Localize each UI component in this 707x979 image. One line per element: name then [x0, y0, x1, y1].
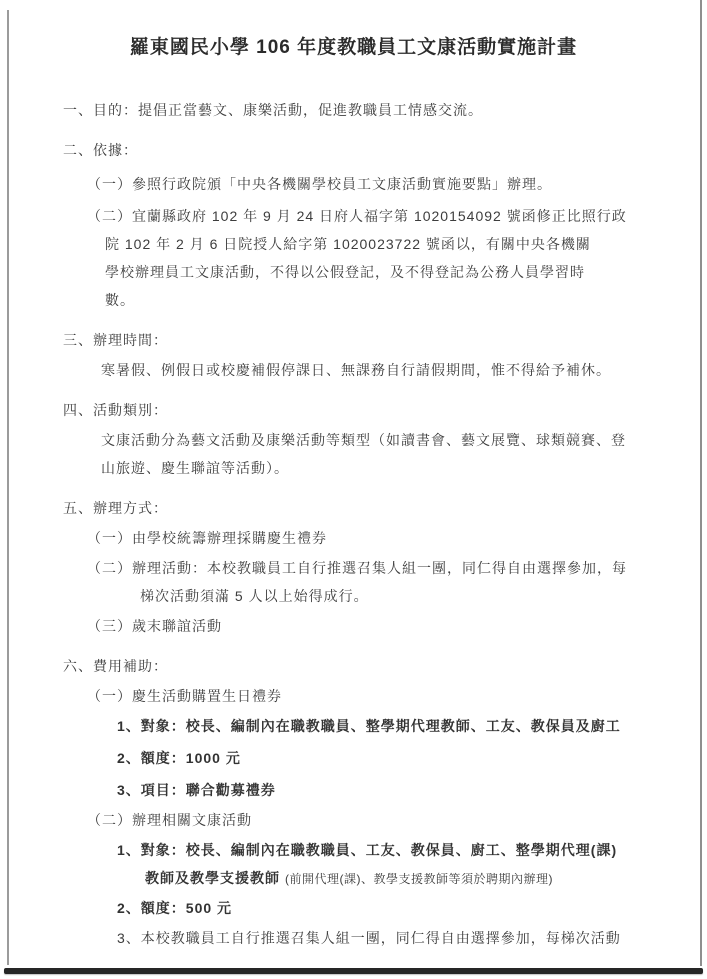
subsidy-2-target-note: (前開代理(課)、教學支援教師等須於聘期內辦理) — [285, 872, 553, 886]
basis-item-2-cont-3: 數。 — [0, 286, 707, 314]
method-item-1: （一）由學校統籌辦理採購慶生禮券 — [0, 524, 707, 552]
basis-heading: 二、依據： — [0, 136, 707, 164]
subsidy-heading: 六、費用補助： — [0, 652, 707, 680]
document-title: 羅東國民小學 106 年度教職員工文康活動實施計畫 — [0, 36, 707, 60]
basis-item-2-cont-2: 學校辦理員工文康活動，不得以公假登記，及不得登記為公務人員學習時 — [0, 258, 707, 286]
basis-item-2-cont-1: 院 102 年 2 月 6 日院授人給字第 1020023722 號函以，有關中… — [0, 230, 707, 258]
category-body-2: 山旅遊、慶生聯誼等活動）。 — [0, 454, 707, 482]
schedule-heading: 三、辦理時間： — [0, 326, 707, 354]
subsidy-2-target-cont: 教師及教學支援教師(前開代理(課)、教學支援教師等須於聘期內辦理) — [0, 864, 707, 892]
method-item-2: （二）辦理活動：本校教職員工自行推選召集人組一團，同仁得自由選擇參加，每 — [0, 554, 707, 582]
subsidy-1-type: 3、項目：聯合勸募禮券 — [0, 776, 707, 804]
subsidy-2-target-cont-text: 教師及教學支援教師 — [145, 870, 280, 886]
method-item-2-cont: 梯次活動須滿 5 人以上始得成行。 — [0, 582, 707, 610]
category-heading: 四、活動類別： — [0, 396, 707, 424]
subsidy-2-target: 1、對象：校長、編制內在職教職員、工友、教保員、廚工、整學期代理(課) — [0, 836, 707, 864]
subsidy-item-1: （一）慶生活動購置生日禮券 — [0, 682, 707, 710]
method-heading: 五、辦理方式： — [0, 494, 707, 522]
page-left-edge — [7, 10, 9, 965]
subsidy-2-note: 3、本校教職員工自行推選召集人組一團，同仁得自由選擇參加，每梯次活動 — [0, 924, 707, 952]
category-body-1: 文康活動分為藝文活動及康樂活動等類型（如讀書會、藝文展覽、球類競賽、登 — [0, 426, 707, 454]
subsidy-2-amount: 2、額度：500 元 — [0, 894, 707, 922]
subsidy-1-target: 1、對象：校長、編制內在職教職員、整學期代理教師、工友、教保員及廚工 — [0, 712, 707, 740]
basis-item-1: （一）參照行政院頒「中央各機關學校員工文康活動實施要點」辦理。 — [0, 170, 707, 198]
subsidy-1-amount: 2、額度：1000 元 — [0, 744, 707, 772]
schedule-body: 寒暑假、例假日或校慶補假停課日、無課務自行請假期間，惟不得給予補休。 — [0, 356, 707, 384]
page-bottom-shadow — [4, 968, 703, 974]
basis-item-2: （二）宜蘭縣政府 102 年 9 月 24 日府人福字第 1020154092 … — [0, 202, 707, 230]
page-right-edge — [700, 0, 702, 966]
document-page: 羅東國民小學 106 年度教職員工文康活動實施計畫 一、目的：提倡正當藝文、康樂… — [0, 0, 707, 979]
purpose-line: 一、目的：提倡正當藝文、康樂活動，促進教職員工情感交流。 — [0, 96, 707, 124]
subsidy-item-2: （二）辦理相關文康活動 — [0, 806, 707, 834]
method-item-3: （三）歲末聯誼活動 — [0, 612, 707, 640]
